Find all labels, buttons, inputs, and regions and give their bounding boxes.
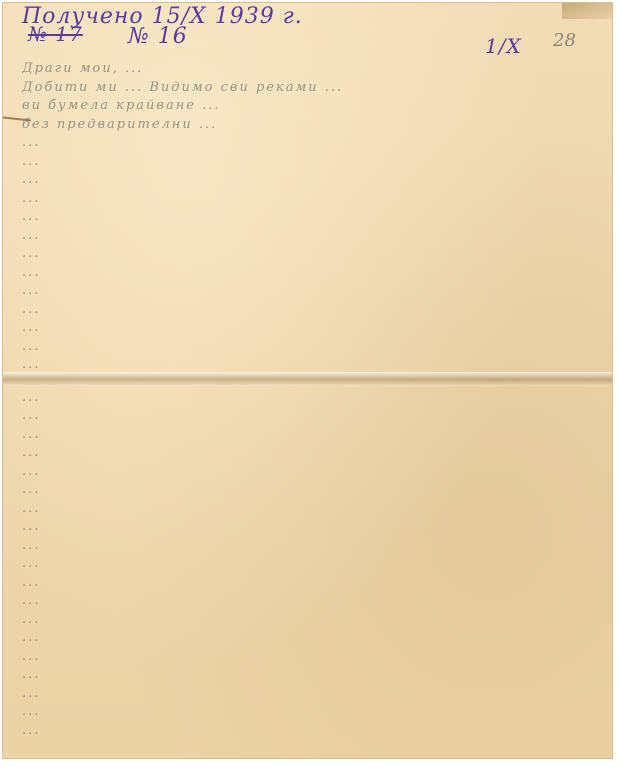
handwritten-line: ... (22, 153, 607, 172)
handwritten-line: ... (22, 666, 607, 685)
handwritten-line: ... (22, 319, 607, 338)
document-number: № 16 (128, 24, 188, 49)
struck-number: № 17 (28, 22, 83, 46)
handwritten-line: ... (22, 703, 607, 722)
handwritten-line: без предварителни ... (22, 116, 607, 135)
handwritten-line: ... (22, 574, 607, 593)
handwritten-line: ... (22, 555, 607, 574)
handwritten-line: ... (22, 685, 607, 704)
handwritten-line: ... (22, 301, 607, 320)
handwritten-line: ... (22, 356, 607, 375)
handwritten-line: ... (22, 537, 607, 556)
handwritten-line: ... (22, 264, 607, 283)
handwritten-line: ... (22, 722, 607, 741)
handwritten-line: Драги мои, ... (22, 60, 607, 79)
handwritten-line: ... (22, 463, 607, 482)
handwritten-line: ... (22, 134, 607, 153)
handwritten-line: ... (22, 245, 607, 264)
handwritten-line: ... (22, 190, 607, 209)
handwritten-line: ... (22, 208, 607, 227)
handwritten-line: ... (22, 500, 607, 519)
letter-body: Драги мои, ... Добити ми ... Видимо сви … (22, 60, 607, 740)
handwritten-line: ... (22, 426, 607, 445)
handwritten-line: ... (22, 227, 607, 246)
handwritten-line: ... (22, 648, 607, 667)
date-mark: 1/X (485, 34, 522, 58)
handwritten-line: ... (22, 338, 607, 357)
handwritten-line: ... (22, 389, 607, 408)
handwritten-line: ... (22, 171, 607, 190)
handwritten-line: ... (22, 629, 607, 648)
handwritten-line: ... (22, 518, 607, 537)
handwritten-line: ... (22, 444, 607, 463)
handwritten-line: ви бумела крайване ... (22, 97, 607, 116)
page-number: 28 (553, 30, 576, 51)
handwritten-line: Добити ми ... Видимо сви реками ... (22, 79, 607, 98)
handwritten-line: ... (22, 282, 607, 301)
handwritten-line: ... (22, 481, 607, 500)
handwritten-line: ... (22, 592, 607, 611)
handwritten-line: ... (22, 407, 607, 426)
folded-corner (562, 3, 612, 19)
handwritten-line: ... (22, 611, 607, 630)
